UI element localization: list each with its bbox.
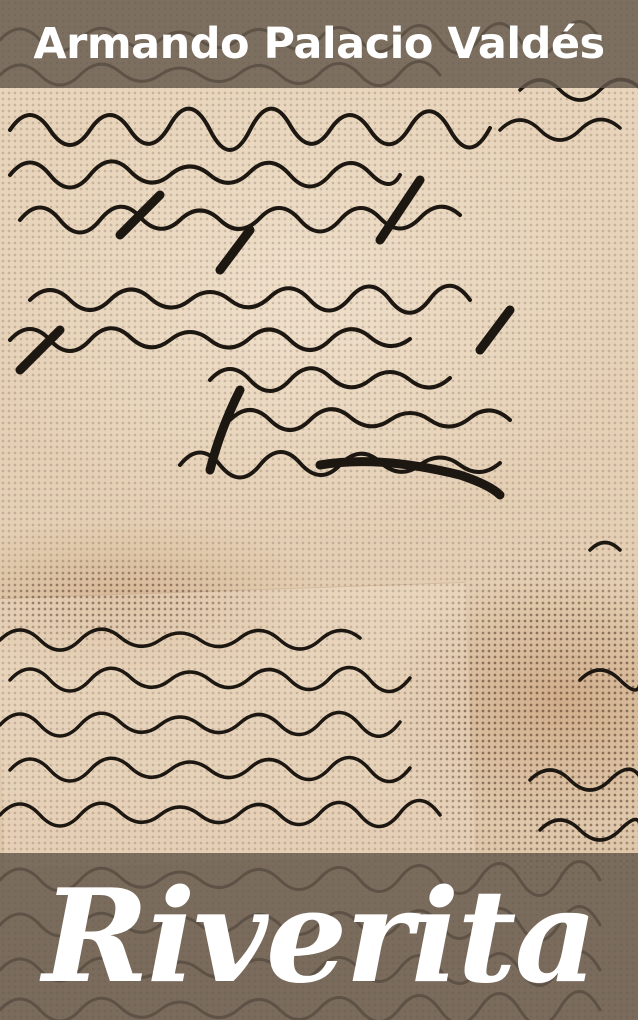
book-title: Riverita bbox=[0, 853, 638, 1020]
author-name: Armando Palacio Valdés bbox=[0, 0, 638, 88]
book-cover: Armando Palacio Valdés Riverita bbox=[0, 0, 638, 1020]
